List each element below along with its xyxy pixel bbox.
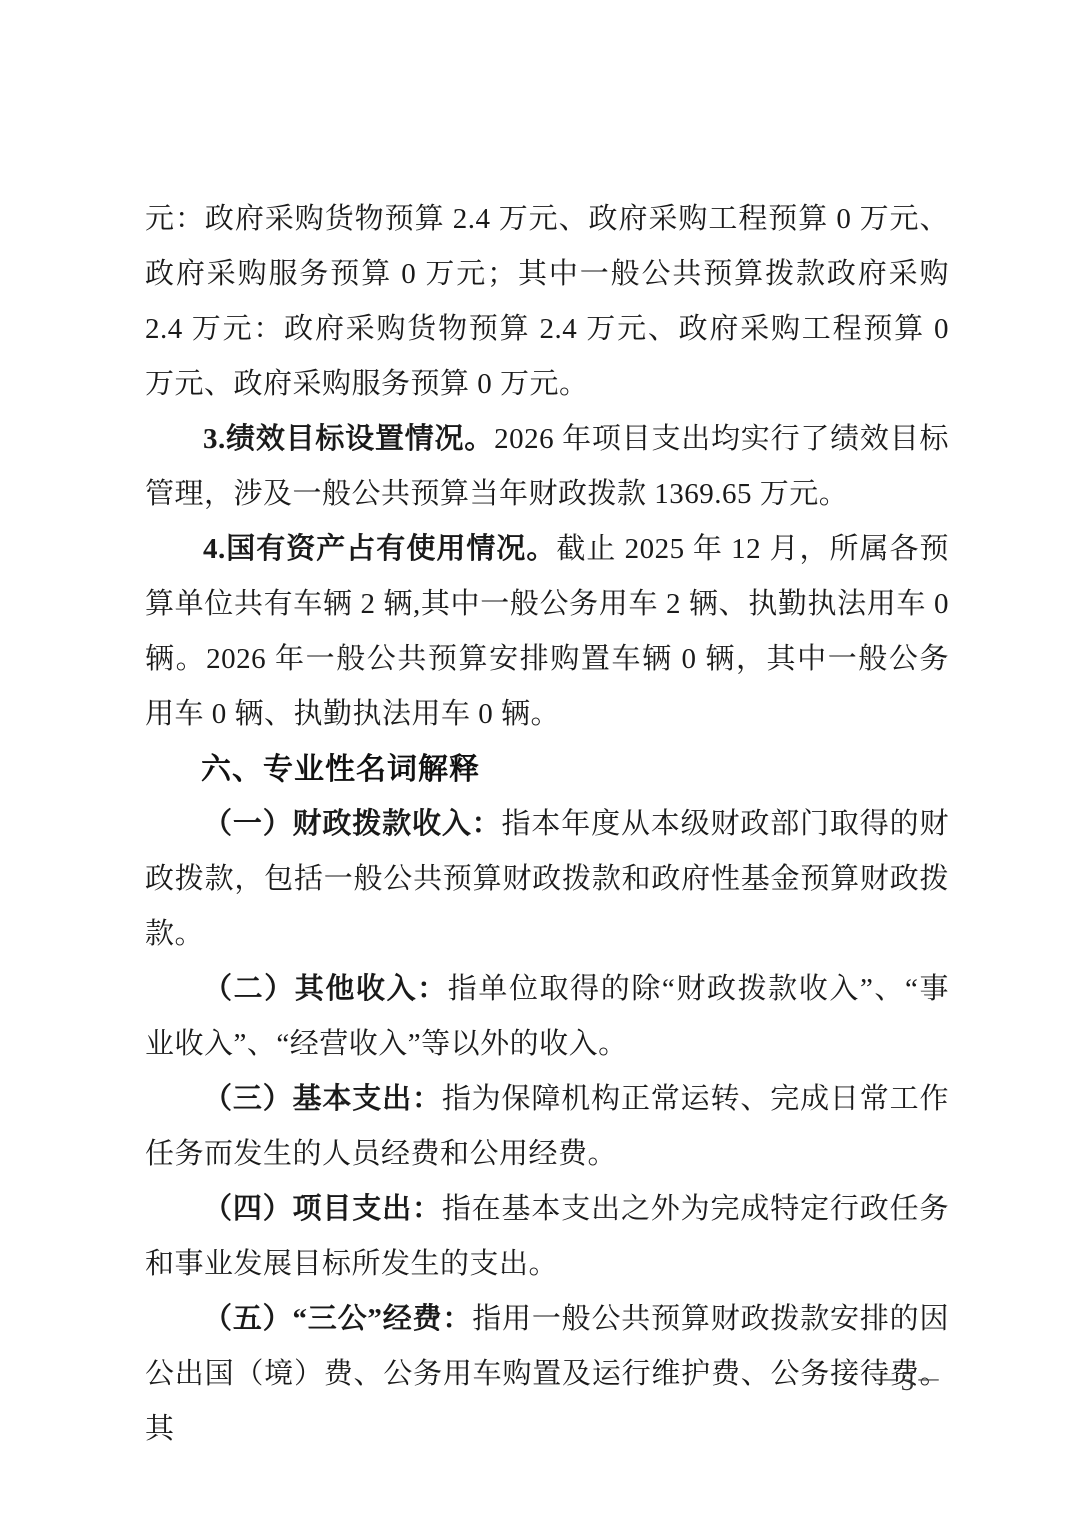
definition-other-income: （二）其他收入：指单位取得的除“财政拨款收入”、“事业收入”、“经营收入”等以外… — [145, 962, 949, 1072]
definition-three-public-expenses: （五）“三公”经费：指用一般公共预算财政拨款安排的因公出国（境）费、公务用车购置… — [145, 1292, 949, 1457]
definition-term: （五）“三公”经费： — [203, 1303, 472, 1335]
paragraph-text: 元：政府采购货物预算 2.4 万元、政府采购工程预算 0 万元、政府采购服务预算… — [145, 203, 949, 400]
paragraph-lead: 4.国有资产占有使用情况。 — [203, 533, 556, 565]
definition-project-expenditure: （四）项目支出：指在基本支出之外为完成特定行政任务和事业发展目标所发生的支出。 — [145, 1182, 949, 1292]
paragraph-state-assets: 4.国有资产占有使用情况。截止 2025 年 12 月，所属各预算单位共有车辆 … — [145, 522, 949, 742]
definition-term: （四）项目支出： — [203, 1193, 442, 1225]
page-number: －5－ — [873, 1365, 944, 1397]
paragraph-performance-targets: 3.绩效目标设置情况。2026 年项目支出均实行了绩效目标管理，涉及一般公共预算… — [145, 412, 949, 522]
page-body: 元：政府采购货物预算 2.4 万元、政府采购工程预算 0 万元、政府采购服务预算… — [145, 192, 949, 1457]
paragraph-procurement-continuation: 元：政府采购货物预算 2.4 万元、政府采购工程预算 0 万元、政府采购服务预算… — [145, 192, 949, 412]
definition-basic-expenditure: （三）基本支出：指为保障机构正常运转、完成日常工作任务而发生的人员经费和公用经费… — [145, 1072, 949, 1182]
document-page: 元：政府采购货物预算 2.4 万元、政府采购工程预算 0 万元、政府采购服务预算… — [0, 0, 1074, 1520]
definition-fiscal-appropriation-income: （一）财政拨款收入：指本年度从本级财政部门取得的财政拨款，包括一般公共预算财政拨… — [145, 797, 949, 962]
definition-term: （一）财政拨款收入： — [203, 808, 502, 840]
definition-term: （二）其他收入： — [203, 973, 448, 1005]
paragraph-lead: 3.绩效目标设置情况。 — [203, 423, 494, 455]
section-heading-glossary: 六、专业性名词解释 — [145, 742, 949, 797]
definition-term: （三）基本支出： — [203, 1083, 442, 1115]
